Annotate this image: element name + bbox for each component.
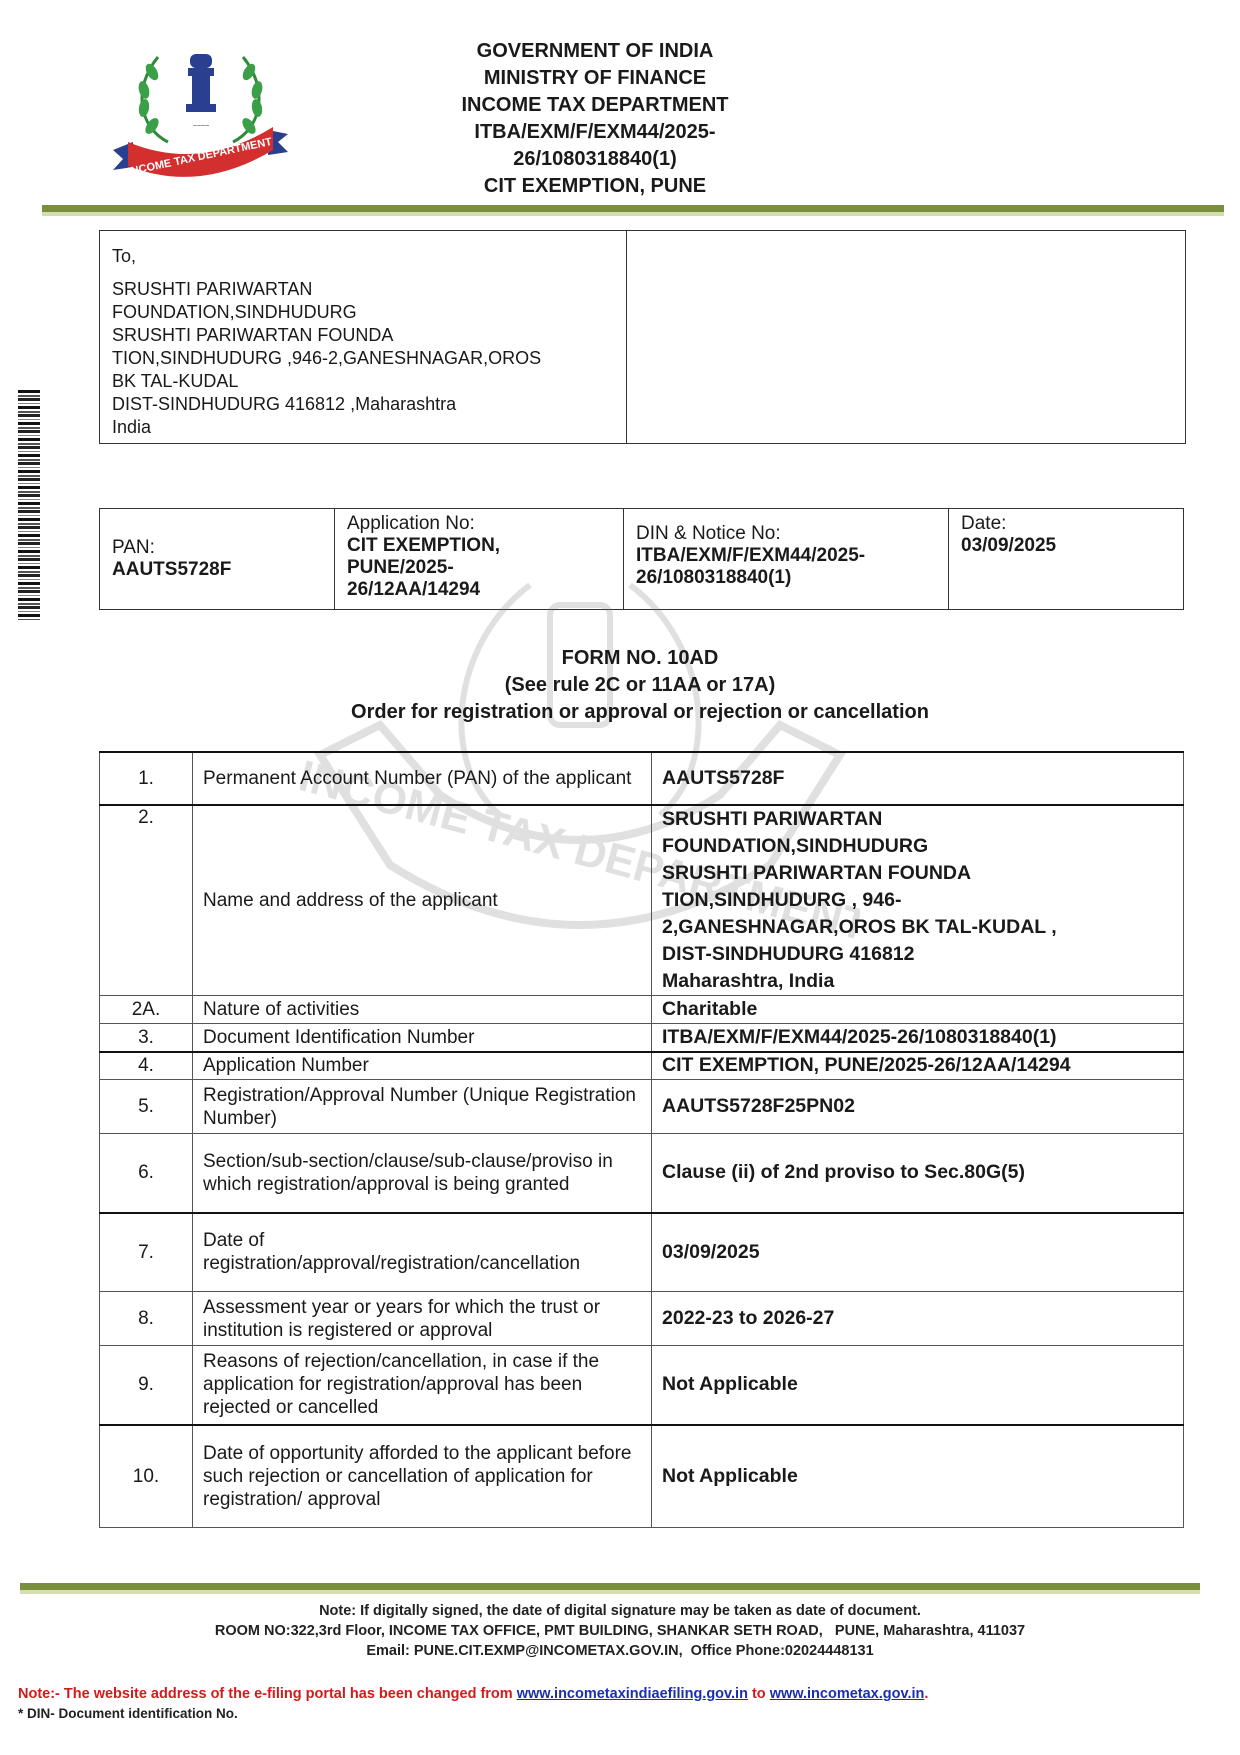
table-row: 3. Document Identification Number ITBA/E… — [100, 1024, 1184, 1052]
header-line: ITBA/EXM/F/EXM44/2025- — [400, 119, 790, 146]
table-row: 2. Name and address of the applicant SRU… — [100, 805, 1184, 996]
application-cell: Application No: CIT EXEMPTION, PUNE/2025… — [335, 509, 624, 609]
form-title-block: FORM NO. 10AD (See rule 2C or 11AA or 17… — [200, 645, 1080, 726]
header-line: 26/1080318840(1) — [400, 146, 790, 173]
row-question: Date of registration/approval/registrati… — [193, 1213, 652, 1292]
date-cell: Date: 03/09/2025 — [949, 509, 1183, 609]
table-row: 8. Assessment year or years for which th… — [100, 1292, 1184, 1346]
row-number: 4. — [100, 1052, 193, 1080]
footer-note: Note: If digitally signed, the date of d… — [0, 1601, 1240, 1621]
footer-divider — [20, 1583, 1200, 1594]
table-row: 9. Reasons of rejection/cancellation, in… — [100, 1346, 1184, 1425]
answer-line: Maharashtra, India — [662, 968, 1173, 995]
application-value-line: PUNE/2025- — [347, 557, 611, 579]
row-number: 3. — [100, 1024, 193, 1052]
row-question: Name and address of the applicant — [193, 805, 652, 996]
row-answer: AAUTS5728F — [652, 752, 1184, 805]
row-question: Registration/Approval Number (Unique Reg… — [193, 1080, 652, 1134]
row-answer: 03/09/2025 — [652, 1213, 1184, 1292]
row-question: Document Identification Number — [193, 1024, 652, 1052]
answer-line: SRUSHTI PARIWARTAN — [662, 806, 1173, 833]
row-question: Assessment year or years for which the t… — [193, 1292, 652, 1346]
row-number: 9. — [100, 1346, 193, 1425]
row-number: 5. — [100, 1080, 193, 1134]
address-line: SRUSHTI PARIWARTAN — [112, 278, 614, 301]
address-line: SRUSHTI PARIWARTAN FOUNDA — [112, 324, 614, 347]
portal-note-suffix: . — [924, 1686, 928, 1702]
application-value-line: 26/12AA/14294 — [347, 579, 611, 601]
row-question: Permanent Account Number (PAN) of the ap… — [193, 752, 652, 805]
table-row: 6. Section/sub-section/clause/sub-clause… — [100, 1134, 1184, 1213]
application-value-line: CIT EXEMPTION, — [347, 535, 611, 557]
row-answer: ITBA/EXM/F/EXM44/2025-26/1080318840(1) — [652, 1024, 1184, 1052]
row-answer: 2022-23 to 2026-27 — [652, 1292, 1184, 1346]
date-label: Date: — [961, 513, 1171, 535]
income-tax-department-logo: ~~~~ INCOME TAX DEPARTMENT — [108, 42, 293, 177]
address-line: India — [112, 416, 614, 439]
empty-box — [627, 231, 1185, 443]
row-question: Nature of activities — [193, 996, 652, 1024]
table-row: 1. Permanent Account Number (PAN) of the… — [100, 752, 1184, 805]
pan-cell: PAN: AAUTS5728F — [100, 509, 335, 609]
header-divider — [42, 205, 1224, 216]
row-number: 7. — [100, 1213, 193, 1292]
row-answer: CIT EXEMPTION, PUNE/2025-26/12AA/14294 — [652, 1052, 1184, 1080]
old-portal-link[interactable]: www.incometaxindiaefiling.gov.in — [517, 1686, 748, 1702]
row-question: Application Number — [193, 1052, 652, 1080]
table-row: 7. Date of registration/approval/registr… — [100, 1213, 1184, 1292]
header-line: INCOME TAX DEPARTMENT — [400, 92, 790, 119]
address-line: DIST-SINDHUDURG 416812 ,Maharashtra — [112, 393, 614, 416]
answer-line: 2,GANESHNAGAR,OROS BK TAL-KUDAL , — [662, 914, 1173, 941]
din-cell: DIN & Notice No: ITBA/EXM/F/EXM44/2025- … — [624, 509, 949, 609]
footer: Note: If digitally signed, the date of d… — [0, 1601, 1240, 1661]
din-label: DIN & Notice No: — [636, 523, 936, 545]
new-portal-link[interactable]: www.incometax.gov.in — [770, 1686, 925, 1702]
form-title: FORM NO. 10AD — [200, 645, 1080, 672]
info-bar: PAN: AAUTS5728F Application No: CIT EXEM… — [99, 508, 1184, 610]
row-number: 2A. — [100, 996, 193, 1024]
barcode-icon — [18, 390, 40, 620]
addressee-box: To, SRUSHTI PARIWARTAN FOUNDATION,SINDHU… — [99, 230, 1186, 444]
header-line: MINISTRY OF FINANCE — [400, 65, 790, 92]
table-row: 5. Registration/Approval Number (Unique … — [100, 1080, 1184, 1134]
form-subtitle: (See rule 2C or 11AA or 17A) — [200, 672, 1080, 699]
address-line: BK TAL-KUDAL — [112, 370, 614, 393]
table-row: 10. Date of opportunity afforded to the … — [100, 1425, 1184, 1528]
row-number: 6. — [100, 1134, 193, 1213]
date-value: 03/09/2025 — [961, 535, 1171, 557]
row-question: Section/sub-section/clause/sub-clause/pr… — [193, 1134, 652, 1213]
din-footnote: * DIN- Document identification No. — [18, 1704, 928, 1723]
emblem-wreath-icon: ~~~~ INCOME TAX DEPARTMENT — [108, 42, 293, 177]
row-answer: Charitable — [652, 996, 1184, 1024]
salutation: To, — [112, 245, 614, 268]
row-number: 2. — [100, 805, 193, 996]
addressee-block: To, SRUSHTI PARIWARTAN FOUNDATION,SINDHU… — [100, 231, 627, 443]
document-header: GOVERNMENT OF INDIA MINISTRY OF FINANCE … — [400, 38, 790, 200]
table-row: 4. Application Number CIT EXEMPTION, PUN… — [100, 1052, 1184, 1080]
order-details-table: 1. Permanent Account Number (PAN) of the… — [99, 751, 1184, 1528]
form-heading: Order for registration or approval or re… — [200, 699, 1080, 726]
answer-line: TION,SINDHUDURG , 946- — [662, 887, 1173, 914]
pan-value: AAUTS5728F — [112, 559, 322, 581]
footer-address: ROOM NO:322,3rd Floor, INCOME TAX OFFICE… — [0, 1621, 1240, 1641]
portal-note-mid: to — [748, 1686, 770, 1702]
pan-label: PAN: — [112, 537, 322, 559]
answer-line: SRUSHTI PARIWARTAN FOUNDA — [662, 860, 1173, 887]
row-question: Date of opportunity afforded to the appl… — [193, 1425, 652, 1528]
row-question: Reasons of rejection/cancellation, in ca… — [193, 1346, 652, 1425]
row-answer: SRUSHTI PARIWARTAN FOUNDATION,SINDHUDURG… — [652, 805, 1184, 996]
row-answer: AAUTS5728F25PN02 — [652, 1080, 1184, 1134]
answer-line: FOUNDATION,SINDHUDURG — [662, 833, 1173, 860]
row-number: 10. — [100, 1425, 193, 1528]
address-line: FOUNDATION,SINDHUDURG — [112, 301, 614, 324]
din-value-line: 26/1080318840(1) — [636, 567, 936, 589]
row-answer: Not Applicable — [652, 1425, 1184, 1528]
table-row: 2A. Nature of activities Charitable — [100, 996, 1184, 1024]
row-answer: Clause (ii) of 2nd proviso to Sec.80G(5) — [652, 1134, 1184, 1213]
footer-contact: Email: PUNE.CIT.EXMP@INCOMETAX.GOV.IN, O… — [0, 1641, 1240, 1661]
portal-note-text: Note:- The website address of the e-fili… — [18, 1686, 517, 1702]
header-line: CIT EXEMPTION, PUNE — [400, 173, 790, 200]
header-line: GOVERNMENT OF INDIA — [400, 38, 790, 65]
row-number: 8. — [100, 1292, 193, 1346]
application-label: Application No: — [347, 513, 611, 535]
svg-text:~~~~: ~~~~ — [193, 123, 209, 130]
row-number: 1. — [100, 752, 193, 805]
din-value-line: ITBA/EXM/F/EXM44/2025- — [636, 545, 936, 567]
row-answer: Not Applicable — [652, 1346, 1184, 1425]
answer-line: DIST-SINDHUDURG 416812 — [662, 941, 1173, 968]
portal-notes: Note:- The website address of the e-fili… — [18, 1685, 928, 1723]
address-line: TION,SINDHUDURG ,946-2,GANESHNAGAR,OROS — [112, 347, 614, 370]
